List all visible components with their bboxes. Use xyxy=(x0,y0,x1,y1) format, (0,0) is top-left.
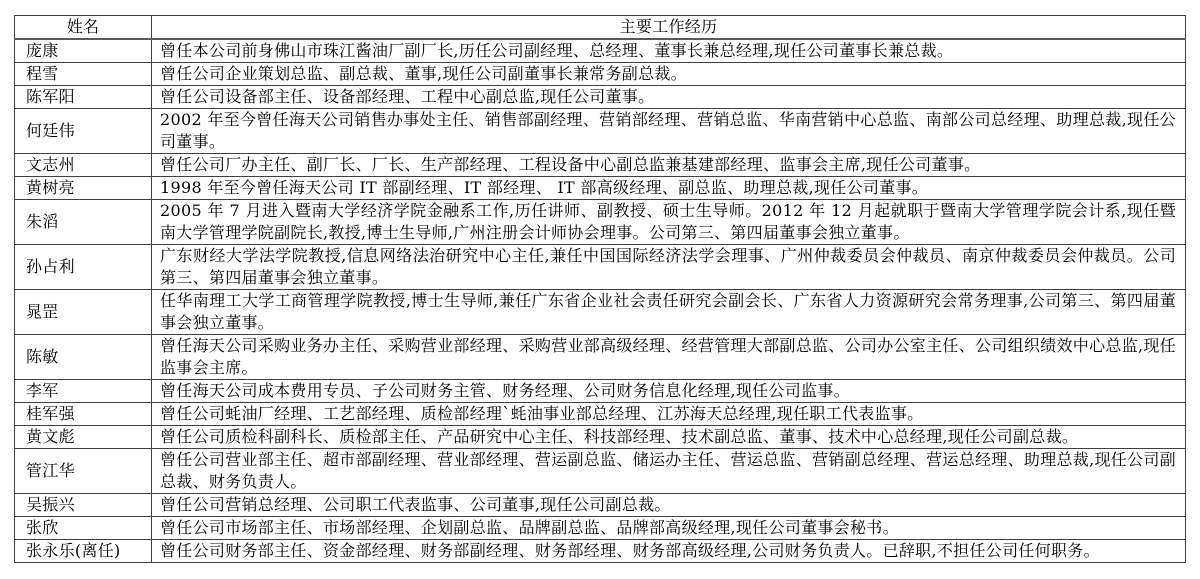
person-name: 黄树亮 xyxy=(15,177,152,200)
person-name: 何廷伟 xyxy=(15,109,152,154)
person-name: 朱滔 xyxy=(15,200,152,245)
table-row: 陈敏曾任海天公司采购业务办主任、采购营业部经理、采购营业部高级经理、经营管理大部… xyxy=(15,335,1186,380)
work-experience: 曾任海天公司成本费用专员、子公司财务主管、财务经理、公司财务信息化经理,现任公司… xyxy=(152,380,1186,403)
person-name: 陈军阳 xyxy=(15,86,152,109)
work-experience: 曾任海天公司采购业务办主任、采购营业部经理、采购营业部高级经理、经营管理大部副总… xyxy=(152,335,1186,380)
work-experience: 2005 年 7 月进入暨南大学经济学院金融系工作,历任讲师、副教授、硕士生导师… xyxy=(152,200,1186,245)
work-experience: 曾任公司厂办主任、副厂长、厂长、生产部经理、工程设备中心副总监兼基建部经理、监事… xyxy=(152,154,1186,177)
table-row: 程雪曾任公司企业策划总监、副总裁、董事,现任公司副董事长兼常务副总裁。 xyxy=(15,63,1186,86)
table-row: 管江华曾任公司营业部主任、超市部副经理、营业部经理、营运副总监、储运办主任、营运… xyxy=(15,449,1186,494)
document-page: 姓名 主要工作经历 庞康曾任本公司前身佛山市珠江酱油厂副厂长,历任公司副经理、总… xyxy=(0,0,1200,579)
person-name: 桂军强 xyxy=(15,403,152,426)
table-row: 陈军阳曾任公司设备部主任、设备部经理、工程中心副总监,现任公司董事。 xyxy=(15,86,1186,109)
person-name: 陈敏 xyxy=(15,335,152,380)
experience-column-header: 主要工作经历 xyxy=(152,16,1186,40)
table-row: 张永乐(离任)曾任公司财务部主任、资金部经理、财务部副经理、财务部经理、财务部高… xyxy=(15,540,1186,563)
table-row: 张欣曾任公司市场部主任、市场部经理、企划副总监、品牌副总监、品牌部高级经理,现任… xyxy=(15,517,1186,540)
person-name: 张欣 xyxy=(15,517,152,540)
table-row: 李军曾任海天公司成本费用专员、子公司财务主管、财务经理、公司财务信息化经理,现任… xyxy=(15,380,1186,403)
work-experience: 曾任公司设备部主任、设备部经理、工程中心副总监,现任公司董事。 xyxy=(152,86,1186,109)
person-name: 庞康 xyxy=(15,39,152,63)
work-experience: 曾任公司质检科副科长、质检部主任、产品研究中心主任、科技部经理、技术副总监、董事… xyxy=(152,426,1186,449)
person-name: 黄文彪 xyxy=(15,426,152,449)
table-row: 晁罡任华南理工大学工商管理学院教授,博士生导师,兼任广东省企业社会责任研究会副会… xyxy=(15,290,1186,335)
table-header-row: 姓名 主要工作经历 xyxy=(15,16,1186,40)
work-experience: 曾任公司营销总经理、公司职工代表监事、公司董事,现任公司副总裁。 xyxy=(152,494,1186,517)
table-row: 文志州曾任公司厂办主任、副厂长、厂长、生产部经理、工程设备中心副总监兼基建部经理… xyxy=(15,154,1186,177)
table-row: 黄文彪曾任公司质检科副科长、质检部主任、产品研究中心主任、科技部经理、技术副总监… xyxy=(15,426,1186,449)
person-name: 管江华 xyxy=(15,449,152,494)
work-experience: 曾任公司财务部主任、资金部经理、财务部副经理、财务部经理、财务部高级经理,公司财… xyxy=(152,540,1186,563)
table-row: 孙占利广东财经大学法学院教授,信息网络法治研究中心主任,兼任中国国际经济法学会理… xyxy=(15,245,1186,290)
table-row: 何廷伟2002 年至今曾任海天公司销售办事处主任、销售部副经理、营销部经理、营销… xyxy=(15,109,1186,154)
work-experience: 任华南理工大学工商管理学院教授,博士生导师,兼任广东省企业社会责任研究会副会长、… xyxy=(152,290,1186,335)
person-name: 文志州 xyxy=(15,154,152,177)
person-name: 晁罡 xyxy=(15,290,152,335)
work-experience: 曾任公司蚝油厂经理、工艺部经理、质检部经理`蚝油事业部总经理、江苏海天总经理,现… xyxy=(152,403,1186,426)
executives-experience-table: 姓名 主要工作经历 庞康曾任本公司前身佛山市珠江酱油厂副厂长,历任公司副经理、总… xyxy=(14,15,1186,563)
work-experience: 曾任公司市场部主任、市场部经理、企划副总监、品牌副总监、品牌部高级经理,现任公司… xyxy=(152,517,1186,540)
person-name: 程雪 xyxy=(15,63,152,86)
work-experience: 1998 年至今曾任海天公司 IT 部副经理、IT 部经理、 IT 部高级经理、… xyxy=(152,177,1186,200)
table-row: 吴振兴曾任公司营销总经理、公司职工代表监事、公司董事,现任公司副总裁。 xyxy=(15,494,1186,517)
work-experience: 广东财经大学法学院教授,信息网络法治研究中心主任,兼任中国国际经济法学会理事、广… xyxy=(152,245,1186,290)
name-column-header: 姓名 xyxy=(15,16,152,40)
table-row: 朱滔2005 年 7 月进入暨南大学经济学院金融系工作,历任讲师、副教授、硕士生… xyxy=(15,200,1186,245)
work-experience: 曾任本公司前身佛山市珠江酱油厂副厂长,历任公司副经理、总经理、董事长兼总经理,现… xyxy=(152,39,1186,63)
work-experience: 曾任公司企业策划总监、副总裁、董事,现任公司副董事长兼常务副总裁。 xyxy=(152,63,1186,86)
work-experience: 2002 年至今曾任海天公司销售办事处主任、销售部副经理、营销部经理、营销总监、… xyxy=(152,109,1186,154)
work-experience: 曾任公司营业部主任、超市部副经理、营业部经理、营运副总监、储运办主任、营运总监、… xyxy=(152,449,1186,494)
person-name: 李军 xyxy=(15,380,152,403)
table-row: 黄树亮1998 年至今曾任海天公司 IT 部副经理、IT 部经理、 IT 部高级… xyxy=(15,177,1186,200)
person-name: 孙占利 xyxy=(15,245,152,290)
person-name: 吴振兴 xyxy=(15,494,152,517)
table-row: 桂军强曾任公司蚝油厂经理、工艺部经理、质检部经理`蚝油事业部总经理、江苏海天总经… xyxy=(15,403,1186,426)
person-name: 张永乐(离任) xyxy=(15,540,152,563)
table-row: 庞康曾任本公司前身佛山市珠江酱油厂副厂长,历任公司副经理、总经理、董事长兼总经理… xyxy=(15,39,1186,63)
